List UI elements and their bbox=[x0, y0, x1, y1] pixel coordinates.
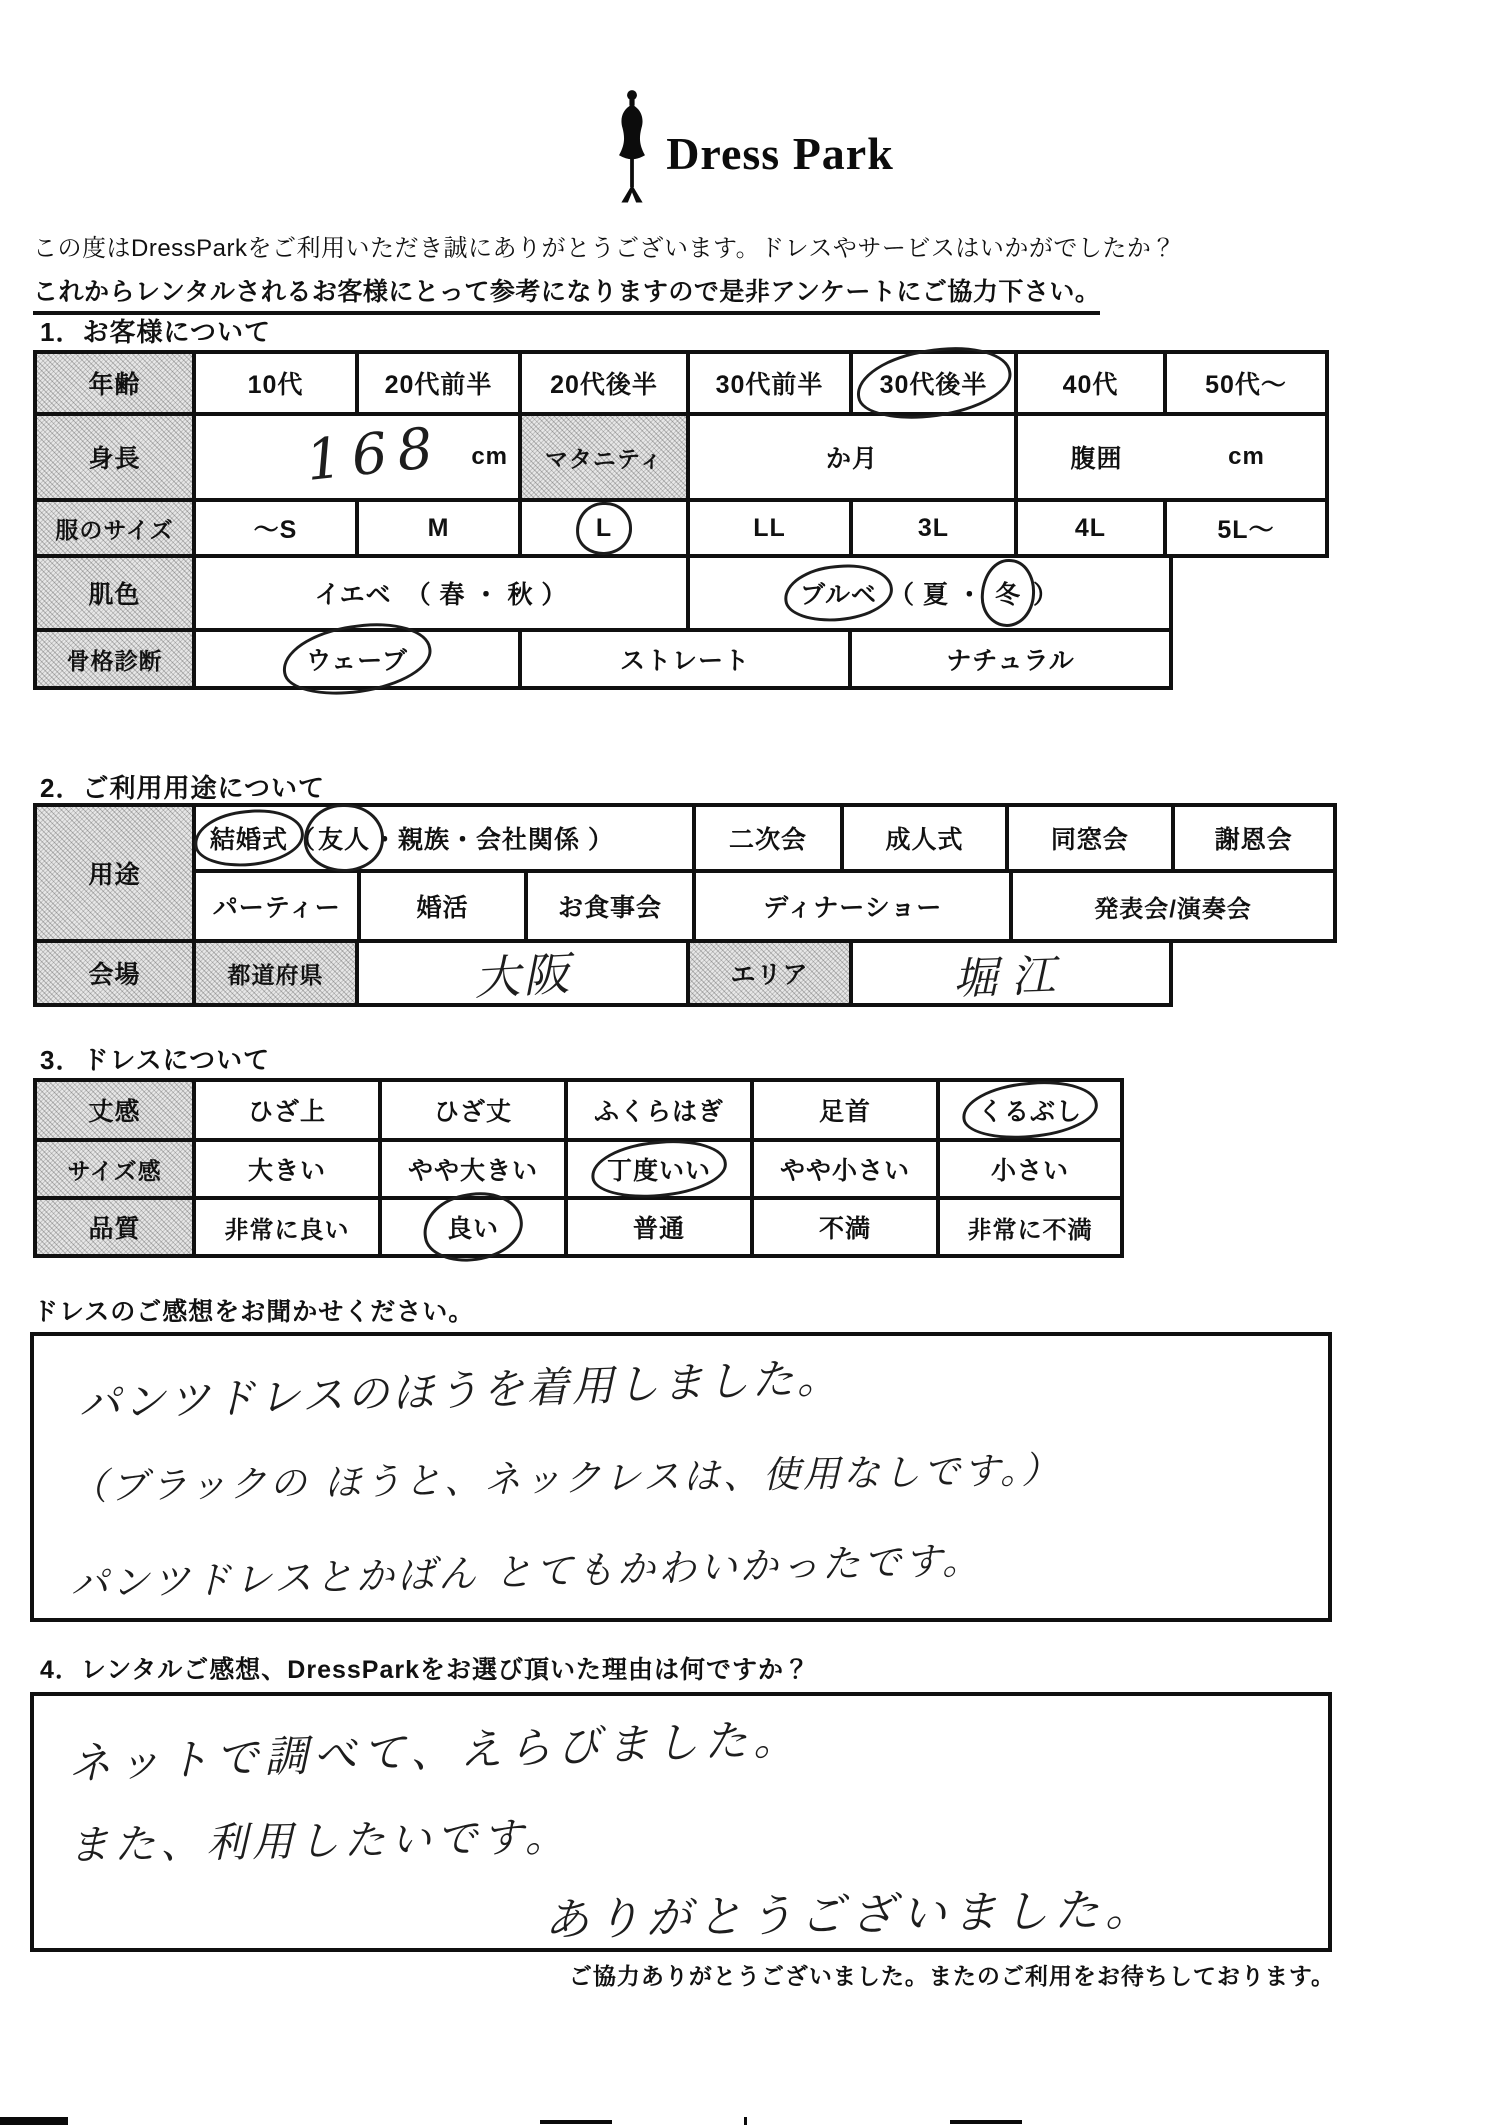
size-option-ll: LL bbox=[686, 502, 849, 554]
length-option-ashikubi: 足首 bbox=[750, 1082, 936, 1138]
selection-circle: くるぶし bbox=[978, 1092, 1082, 1128]
dress-feedback-box: パンツドレスのほうを着用しました。 （ブラックの ほうと、ネックレスは、使用なし… bbox=[30, 1332, 1332, 1622]
footer-thanks: ご協力ありがとうございました。またのご利用をお待ちしております。 bbox=[569, 1958, 1335, 1991]
intro-line-1: この度はDressParkをご利用いただき誠にありがとうございます。ドレスやサー… bbox=[33, 228, 1478, 263]
length-option-fukurahagi: ふくらはぎ bbox=[564, 1082, 750, 1138]
age-option-20s-late: 20代後半 bbox=[518, 354, 686, 412]
skeleton-option-natural: ナチュラル bbox=[848, 632, 1169, 686]
selection-circle: 30代後半 bbox=[880, 365, 988, 401]
purpose-label-cell: 用途 bbox=[37, 807, 192, 939]
selection-circle: ウェーブ bbox=[306, 641, 408, 677]
rental-line-3: ありがとうございました。 bbox=[543, 1873, 1156, 1949]
length-option-hizatake: ひざ丈 bbox=[378, 1082, 564, 1138]
purpose-option-oshokujikai: お食事会 bbox=[524, 873, 692, 939]
purpose-row-2: パーティー 婚活 お食事会 ディナーショー 発表会/演奏会 bbox=[196, 873, 1333, 939]
age-option-50s: 50代～ bbox=[1163, 354, 1325, 412]
months-cell: か月 bbox=[686, 416, 1014, 498]
fit-label-cell: サイズ感 bbox=[37, 1142, 192, 1196]
size-row: 服のサイズ ～S M L LL 3L 4L 5L～ bbox=[33, 498, 1329, 558]
fit-row: サイズ感 大きい やや大きい 丁度いい やや小さい 小さい bbox=[33, 1138, 1124, 1200]
area-label-cell: エリア bbox=[686, 943, 849, 1003]
venue-label-cell: 会場 bbox=[37, 943, 192, 1003]
size-option-5l: 5L～ bbox=[1163, 502, 1325, 554]
quality-option-hijouni-yoi: 非常に良い bbox=[192, 1200, 378, 1254]
length-label-cell: 丈感 bbox=[37, 1082, 192, 1138]
skin-tone-row: 肌色 イエベ （ 春 ・ 秋 ） ブルベ （ 夏 ・ 冬 ） bbox=[33, 554, 1173, 632]
height-row: 身長 168 cm マタニティ か月 腹囲 cm bbox=[33, 412, 1329, 502]
skeleton-option-straight: ストレート bbox=[518, 632, 848, 686]
quality-option-fuman: 不満 bbox=[750, 1200, 936, 1254]
purpose-option-seijinshiki: 成人式 bbox=[840, 807, 1005, 869]
area-handwritten: 堀江 bbox=[952, 939, 1070, 1007]
purpose-option-shaonkai: 謝恩会 bbox=[1171, 807, 1333, 869]
scan-artifact bbox=[0, 2117, 68, 2125]
intro-block: この度はDressParkをご利用いただき誠にありがとうございます。ドレスやサー… bbox=[33, 228, 1478, 315]
wedding-rest: ・親族・会社関係 ） bbox=[372, 820, 614, 856]
fit-option-chiisai: 小さい bbox=[936, 1142, 1120, 1196]
logo: Dress Park bbox=[0, 88, 1500, 206]
age-option-40s: 40代 bbox=[1014, 354, 1163, 412]
size-label-cell: 服のサイズ bbox=[37, 502, 192, 554]
section4-title: 4．レンタルご感想、DressParkをお選び頂いた理由は何ですか？ bbox=[40, 1650, 810, 1686]
fit-option-choudoii-selected: 丁度いい bbox=[564, 1142, 750, 1196]
blue-pre: （ 夏 ・ bbox=[889, 575, 983, 611]
quality-option-yoi-selected: 良い bbox=[378, 1200, 564, 1254]
length-option-hizaue: ひざ上 bbox=[192, 1082, 378, 1138]
skeleton-label-cell: 骨格診断 bbox=[37, 632, 192, 686]
purpose-option-nijikai: 二次会 bbox=[692, 807, 839, 869]
height-unit: cm bbox=[471, 443, 508, 471]
wedding-paren: （ bbox=[290, 820, 316, 856]
age-option-30s-late-selected: 30代後半 bbox=[849, 354, 1014, 412]
maternity-cell: マタニティ bbox=[518, 416, 686, 498]
fit-option-ookii: 大きい bbox=[192, 1142, 378, 1196]
selection-circle: 良い bbox=[447, 1209, 499, 1245]
purpose-options: 結婚式 （ 友人 ・親族・会社関係 ） 二次会 成人式 同窓会 謝恩会 パーティ… bbox=[192, 807, 1333, 939]
age-option-30s-early: 30代前半 bbox=[686, 354, 849, 412]
yellow-seasons: （ 春 ・ 秋 ） bbox=[406, 575, 568, 611]
size-option-3l: 3L bbox=[849, 502, 1014, 554]
rental-feedback-box: ネットで調べて、えらびました。 また、利用したいです。 ありがとうございました。 bbox=[30, 1692, 1332, 1952]
feedback-line-2: （ブラックの ほうと、ネックレスは、使用なしです。） bbox=[70, 1439, 1062, 1510]
height-label-cell: 身長 bbox=[37, 416, 192, 498]
girth-cell: 腹囲 cm bbox=[1014, 416, 1325, 498]
yellow-base-cell: イエベ （ 春 ・ 秋 ） bbox=[192, 558, 686, 628]
blue-post: ） bbox=[1033, 575, 1059, 611]
scan-artifact bbox=[540, 2120, 612, 2124]
prefecture-value-cell: 大阪 bbox=[355, 943, 686, 1003]
customer-table: 年齢 10代 20代前半 20代後半 30代前半 30代後半 40代 50代～ … bbox=[33, 350, 1329, 690]
age-label-cell: 年齢 bbox=[37, 354, 192, 412]
purpose-option-happyoukai: 発表会/演奏会 bbox=[1009, 873, 1333, 939]
section2-title: 2．ご利用用途について bbox=[40, 768, 325, 805]
size-option-l-selected: L bbox=[518, 502, 686, 554]
rental-line-2: また、利用したいです。 bbox=[68, 1804, 572, 1872]
section3-title: 3．ドレスについて bbox=[40, 1040, 270, 1077]
venue-row: 会場 都道府県 大阪 エリア 堀江 bbox=[33, 939, 1173, 1007]
size-option-s: ～S bbox=[192, 502, 355, 554]
length-row: 丈感 ひざ上 ひざ丈 ふくらはぎ 足首 くるぶし bbox=[33, 1078, 1124, 1142]
age-option-20s-early: 20代前半 bbox=[355, 354, 518, 412]
dress-form-icon bbox=[606, 88, 658, 206]
age-option-10s: 10代 bbox=[192, 354, 355, 412]
size-option-4l: 4L bbox=[1014, 502, 1163, 554]
quality-option-futsuu: 普通 bbox=[564, 1200, 750, 1254]
selection-circle: ブルベ bbox=[800, 575, 877, 611]
dress-feedback-label: ドレスのご感想をお聞かせください。 bbox=[33, 1292, 474, 1328]
height-value-cell: 168 cm bbox=[192, 416, 518, 498]
yellow-base: イエベ bbox=[315, 575, 392, 611]
skeleton-row: 骨格診断 ウェーブ ストレート ナチュラル bbox=[33, 628, 1173, 690]
purpose-option-dinnershow: ディナーショー bbox=[692, 873, 1009, 939]
fit-option-yaya-ookii: やや大きい bbox=[378, 1142, 564, 1196]
size-option-m: M bbox=[355, 502, 518, 554]
length-option-kurubushi-selected: くるぶし bbox=[936, 1082, 1120, 1138]
purpose-option-konkatsu: 婚活 bbox=[357, 873, 523, 939]
intro-line-2: これからレンタルされるお客様にとって参考になりますので是非アンケートにご協力下さ… bbox=[33, 272, 1100, 315]
feedback-line-3: パンツドレスとかばん とてもかわいかったです。 bbox=[69, 1529, 983, 1608]
purpose-option-party: パーティー bbox=[196, 873, 357, 939]
quality-row: 品質 非常に良い 良い 普通 不満 非常に不満 bbox=[33, 1196, 1124, 1258]
purpose-block: 用途 結婚式 （ 友人 ・親族・会社関係 ） 二次会 成人式 同窓会 謝恩会 パ… bbox=[33, 803, 1337, 943]
skin-label-cell: 肌色 bbox=[37, 558, 192, 628]
height-handwritten-value: 168 bbox=[303, 415, 446, 494]
selection-circle: L bbox=[596, 514, 612, 543]
purpose-table: 用途 結婚式 （ 友人 ・親族・会社関係 ） 二次会 成人式 同窓会 謝恩会 パ… bbox=[33, 803, 1337, 1007]
area-value-cell: 堀江 bbox=[849, 943, 1169, 1003]
girth-label: 腹囲 bbox=[1022, 439, 1172, 475]
blue-base-cell-selected: ブルベ （ 夏 ・ 冬 ） bbox=[686, 558, 1169, 628]
purpose-wedding-cell-selected: 結婚式 （ 友人 ・親族・会社関係 ） bbox=[196, 807, 692, 869]
selection-circle: 冬 bbox=[995, 575, 1021, 611]
quality-label-cell: 品質 bbox=[37, 1200, 192, 1254]
selection-circle: 結婚式 bbox=[210, 820, 288, 856]
section1-title: 1．お客様について bbox=[40, 312, 271, 349]
prefecture-label-cell: 都道府県 bbox=[192, 943, 355, 1003]
prefecture-handwritten: 大阪 bbox=[472, 937, 573, 1008]
rental-line-1: ネットで調べて、えらびました。 bbox=[67, 1705, 803, 1792]
skeleton-option-wave-selected: ウェーブ bbox=[192, 632, 518, 686]
scan-artifact bbox=[744, 2117, 747, 2125]
quality-option-hijouni-fuman: 非常に不満 bbox=[936, 1200, 1120, 1254]
age-row: 年齢 10代 20代前半 20代後半 30代前半 30代後半 40代 50代～ bbox=[33, 350, 1329, 416]
girth-unit: cm bbox=[1172, 443, 1322, 471]
selection-circle: 丁度いい bbox=[607, 1151, 711, 1187]
feedback-line-1: パンツドレスのほうを着用しました。 bbox=[77, 1345, 842, 1432]
scan-artifact bbox=[950, 2120, 1022, 2124]
dress-table: 丈感 ひざ上 ひざ丈 ふくらはぎ 足首 くるぶし サイズ感 大きい やや大きい … bbox=[33, 1078, 1124, 1258]
selection-circle: 友人 bbox=[318, 820, 370, 856]
fit-option-yaya-chiisai: やや小さい bbox=[750, 1142, 936, 1196]
logo-wordmark: Dress Park bbox=[666, 127, 894, 180]
purpose-option-dousoukai: 同窓会 bbox=[1005, 807, 1170, 869]
purpose-row-1: 結婚式 （ 友人 ・親族・会社関係 ） 二次会 成人式 同窓会 謝恩会 bbox=[196, 807, 1333, 873]
